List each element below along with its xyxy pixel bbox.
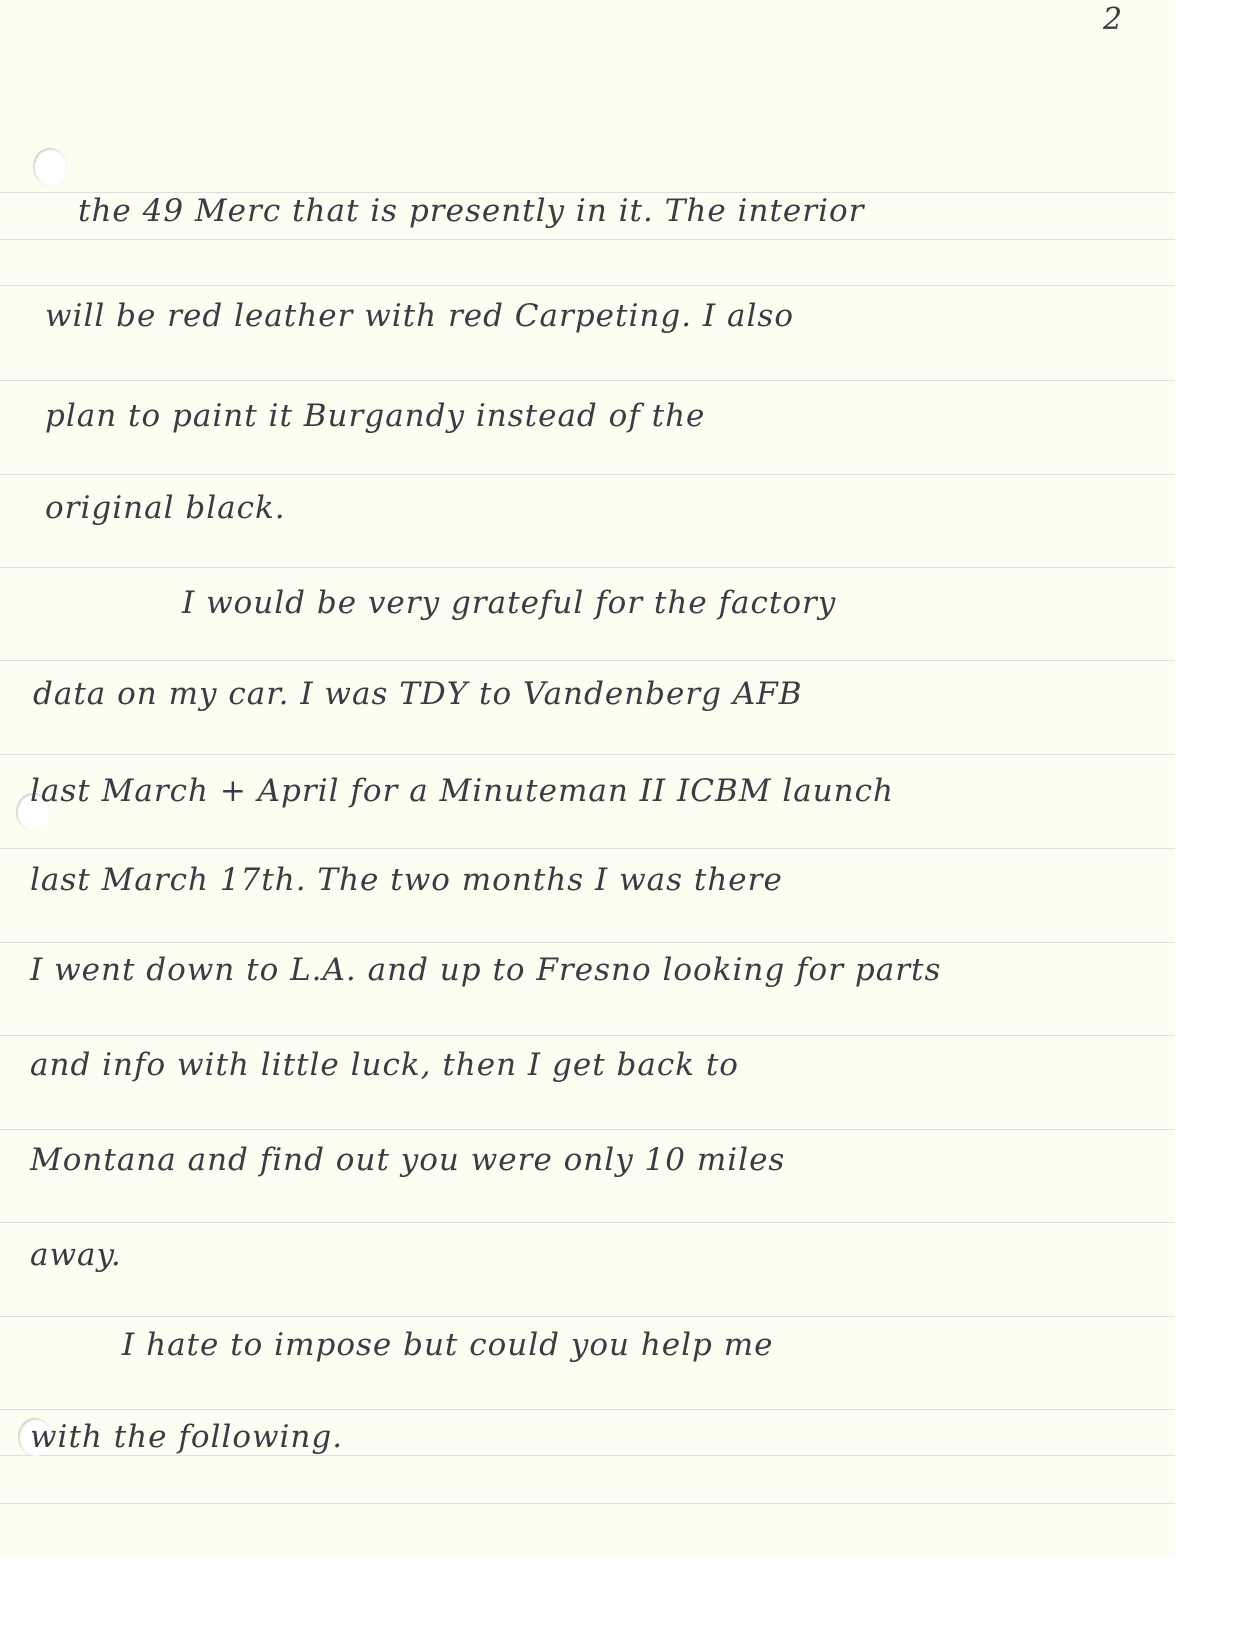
ruled-line [0, 1455, 1175, 1456]
ruled-line [0, 1129, 1175, 1130]
letter-line: with the following. [30, 1422, 343, 1453]
ruled-line [0, 942, 1175, 943]
letter-line: away. [30, 1240, 122, 1271]
letter-line: I hate to impose but could you help me [122, 1330, 774, 1361]
notepaper-page: 2 the 49 Merc that is presently in it. T… [0, 0, 1175, 1555]
letter-line: I would be very grateful for the factory [182, 588, 836, 619]
ruled-line [0, 1222, 1175, 1223]
letter-line: data on my car. I was TDY to Vandenberg … [33, 679, 803, 710]
ruled-line [0, 285, 1175, 286]
ruled-line [0, 1316, 1175, 1317]
letter-line: original black. [45, 493, 286, 524]
ruled-line [0, 1035, 1175, 1036]
punch-hole-top [33, 148, 67, 186]
letter-line: plan to paint it Burgandy instead of the [45, 401, 705, 432]
ruled-line [0, 239, 1175, 240]
letter-line: last March + April for a Minuteman II IC… [30, 776, 894, 807]
letter-line: Montana and find out you were only 10 mi… [30, 1145, 785, 1176]
page-number: 2 [1103, 2, 1122, 37]
ruled-line [0, 380, 1175, 381]
ruled-line [0, 848, 1175, 849]
letter-line: I went down to L.A. and up to Fresno loo… [30, 955, 941, 986]
letter-line: last March 17th. The two months I was th… [30, 865, 783, 896]
letter-line: and info with little luck, then I get ba… [30, 1050, 739, 1081]
letter-line: the 49 Merc that is presently in it. The… [78, 196, 864, 227]
ruled-line [0, 1503, 1175, 1504]
ruled-line [0, 567, 1175, 568]
ruled-line [0, 660, 1175, 661]
ruled-line [0, 1409, 1175, 1410]
ruled-line [0, 474, 1175, 475]
letter-line: will be red leather with red Carpeting. … [45, 301, 794, 332]
ruled-line [0, 754, 1175, 755]
